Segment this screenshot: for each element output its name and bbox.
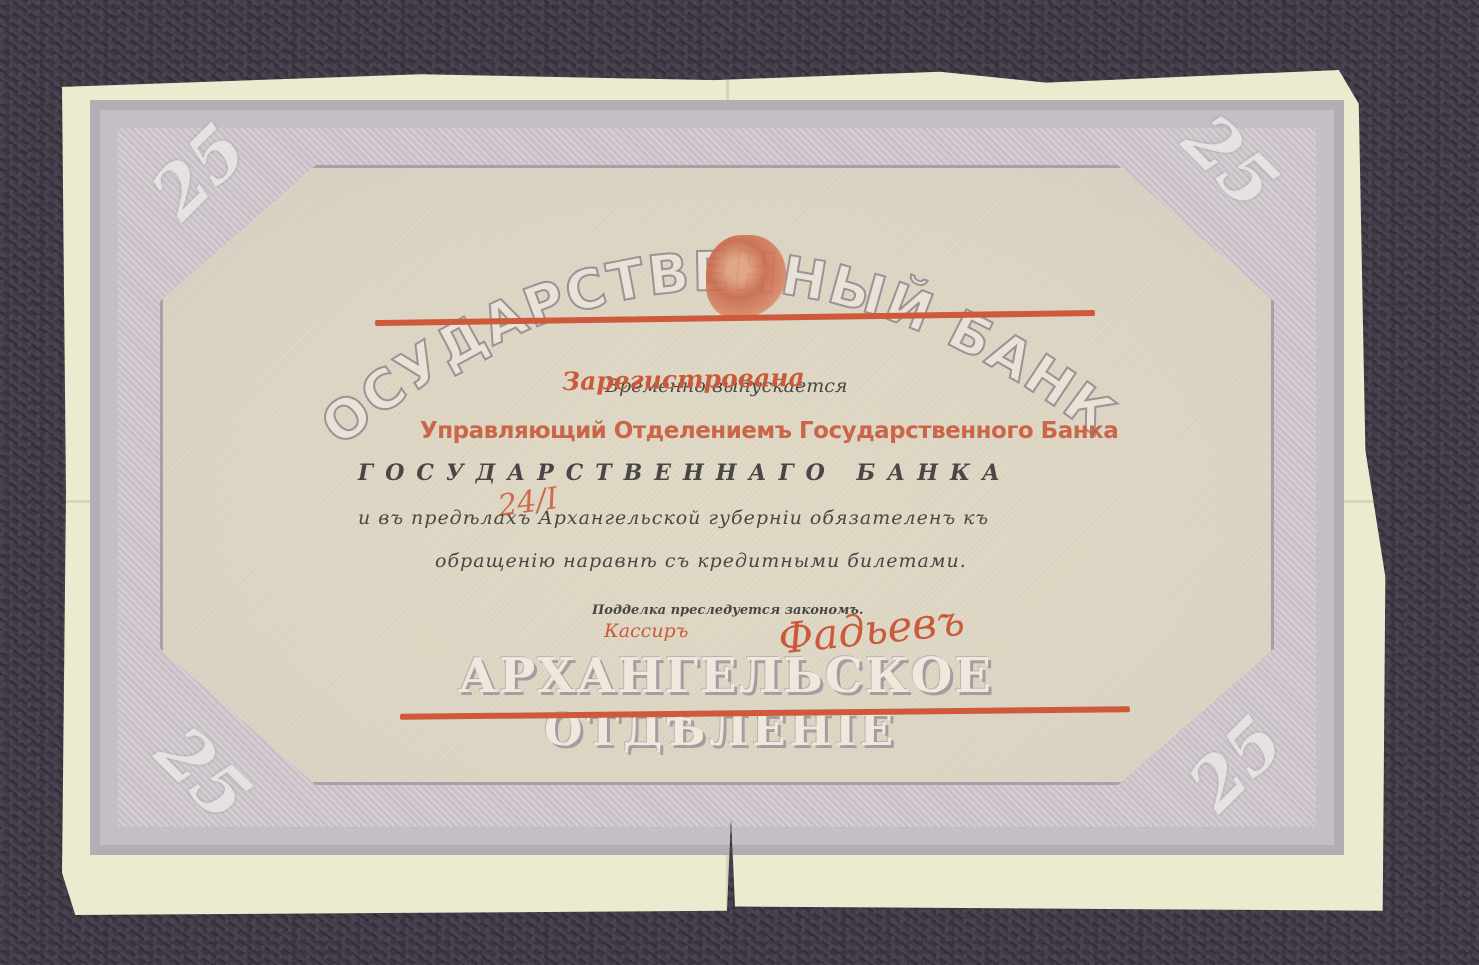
- cashier-label: Кассиръ: [604, 620, 688, 642]
- overprint-manager-line: Управляющий Отделениемъ Государственного…: [420, 418, 1118, 444]
- double-headed-eagle-emblem: [706, 235, 786, 320]
- branch-name-line1: АРХАНГЕЛЬСКОЕ: [458, 648, 993, 704]
- ornamental-border: 25 25 25 25 ГОСУДАРСТВЕННЫЙ БАНКЪ Времен…: [90, 100, 1344, 855]
- text-state-bank: ГОСУДАРСТВЕННАГО БАНКА: [358, 460, 1012, 486]
- overprint-registered: Зарегистрована: [562, 363, 805, 396]
- svg-text:ГОСУДАРСТВЕННЫЙ БАНКЪ: ГОСУДАРСТВЕННЫЙ БАНКЪ: [100, 110, 1127, 458]
- bank-name-arc: ГОСУДАРСТВЕННЫЙ БАНКЪ: [100, 110, 1127, 458]
- text-circulation: обращенію наравнѣ съ кредитными билетами…: [435, 550, 967, 572]
- banknote: 25 25 25 25 ГОСУДАРСТВЕННЫЙ БАНКЪ Времен…: [62, 70, 1392, 915]
- text-arkhangelsk-province: и въ предѣлахъ Архангельской губерніи об…: [358, 507, 989, 529]
